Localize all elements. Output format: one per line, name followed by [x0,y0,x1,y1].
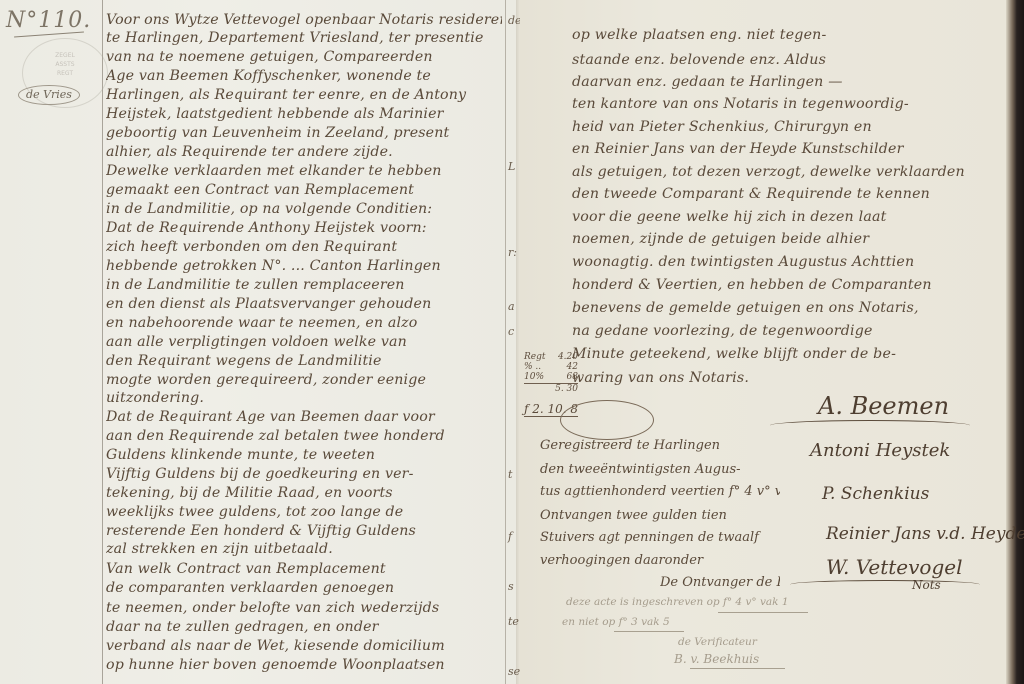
gutter-mark: se [508,665,520,678]
text-line: op hunne hier boven genoemde Woonplaatse… [106,657,502,673]
pencil-underline [690,668,785,669]
text-line: te Harlingen, Departement Vriesland, ter… [106,30,502,46]
text-line: voor die geene welke hij zich in dezen l… [572,209,992,225]
calc-label: % .. [524,362,541,372]
text-line: den Requirant wegens de Landmilitie [106,353,502,369]
text-line: na gedane voorlezing, de tegenwoordige [572,323,992,339]
gutter-mark: r: [508,246,517,259]
text-line: aan alle verpligtingen voldoen welke van [106,334,502,350]
gutter-mark: L [508,160,515,173]
text-line: mogte worden gerequireerd, zonder eenige [106,372,502,388]
calc-value: 42 [567,362,578,372]
text-line: Vijftig Guldens bij de goedkeuring en ve… [106,466,502,482]
gutter-mark: te [508,615,519,628]
text-line: uitzondering. [106,390,502,406]
stamp-text-2: ASSTS [23,60,107,69]
signature-notary: W. Vettevogel [826,555,963,579]
signature-witness-1: P. Schenkius [822,484,929,504]
text-line: gemaakt een Contract van Remplacement [106,182,502,198]
text-line: waring van ons Notaris. [572,370,992,386]
stamp-text-3: REGT [23,69,107,78]
calc-label: Regt [524,352,545,362]
reg-line: den tweeëntwintigsten Augus- [540,462,780,477]
text-line: Harlingen, als Requirant ter eenre, en d… [106,87,502,103]
pencil-underline [614,631,684,632]
text-line: en Reinier Jans van der Heyde Kunstschil… [572,141,992,157]
gutter-rule-line [505,0,506,684]
stamp-text-1: ZEGEL [23,51,107,60]
text-line: woonagtig. den twintigsten Augustus Acht… [572,254,992,270]
pencil-underline [718,612,808,613]
notary-flourish [790,580,980,589]
text-line: de comparanten verklaarden genoegen [106,580,502,596]
pencil-signature: B. v. Beekhuis [674,652,759,666]
reg-line: Stuivers agt penningen de twaalf [540,530,780,545]
signature-flourish [770,420,970,431]
gutter-mark: c [508,325,514,338]
pencil-note: deze acte is ingeschreven op f° 4 v° vak… [566,596,789,608]
text-line: van na te noemene getuigen, Compareerden [106,49,502,65]
calc-label: 10% [524,372,544,382]
text-line: te neemen, onder belofte van zich wederz… [106,600,502,616]
text-line: hebbende getrokken N°. ... Canton Harlin… [106,258,502,274]
text-line: den tweede Comparant & Requirende te ken… [572,186,992,202]
reg-line: Ontvangen twee gulden tien [540,508,780,523]
text-line: geboortig van Leuvenheim in Zeeland, pre… [106,125,502,141]
gutter-mark: t [508,468,512,481]
margin-rule-line [102,0,103,684]
folio-number: N°110. [6,8,91,33]
text-line: Age van Beemen Koffyschenker, wonende te [106,68,502,84]
text-line: en den dienst als Plaatsvervanger gehoud… [106,296,502,312]
gutter-mark: f [508,530,512,543]
calc-row: Regt 4.20 [524,352,578,362]
text-line: resterende Een honderd & Vijftig Guldens [106,523,502,539]
text-line: als getuigen, tot dezen verzogt, dewelke… [572,164,992,180]
margin-note-name: de Vries [18,85,80,105]
text-line: daarvan enz. gedaan te Harlingen — [572,74,992,90]
text-line: verband als naar de Wet, kiesende domici… [106,638,502,654]
pencil-note: de Verificateur [678,636,757,648]
text-line: alhier, als Requirende ter andere zijde. [106,144,502,160]
reg-line: Geregistreerd te Harlingen [540,438,780,453]
text-line: Dewelke verklaarden met elkander te hebb… [106,163,502,179]
calc-subtotal: 5. 30 [555,384,578,394]
document-spread: N°110. ZEGEL ASSTS REGT de Vries Voor on… [0,0,1024,684]
text-line: noemen, zijnde de getuigen beide alhier [572,231,992,247]
notary-title: Nots [912,578,941,592]
text-line: daar na te zullen gedragen, en onder [106,619,502,635]
pencil-note: en niet op f° 3 vak 5 [562,616,670,628]
text-line: Dat de Requirende Anthony Heijstek voorn… [106,220,502,236]
text-line: honderd & Veertien, en hebben de Compara… [572,277,992,293]
calc-value: 4.20 [558,352,578,362]
signature-witness-2: Reinier Jans v.d. Heyde [826,524,1024,544]
text-line: in de Landmilitie, op na volgende Condit… [106,201,502,217]
calc-row: 10% 68 [524,372,578,382]
ink-flourish-oval [560,400,654,440]
text-line: benevens de gemelde getuigen en ons Nota… [572,300,992,316]
signature-requirende: Antoni Heystek [810,440,950,461]
text-line: staande enz. belovende enz. Aldus [572,52,992,68]
text-line: aan den Requirende zal betalen twee hond… [106,428,502,444]
reg-line: verhoogingen daaronder [540,553,780,568]
reg-signature: De Ontvanger de Breeker [660,575,780,590]
text-line: zal strekken en zijn uitbetaald. [106,541,502,557]
calc-value: 68 [567,372,578,382]
text-line: heid van Pieter Schenkius, Chirurgyn en [572,119,992,135]
signature-requirant: A. Beemen [818,392,949,420]
calc-row: % .. 42 [524,362,578,372]
text-line: Dat de Requirant Age van Beemen daar voo… [106,409,502,425]
text-line: Minute geteekend, welke blijft onder de … [572,346,992,362]
text-line: Heijstek, laatstgedient hebbende als Mar… [106,106,502,122]
text-line: in de Landmilitie te zullen remplaceeren [106,277,502,293]
text-line: tekening, bij de Militie Raad, en voorts [106,485,502,501]
book-binding-edge [1006,0,1024,684]
text-line: op welke plaatsen eng. niet tegen- [572,27,992,43]
text-line: zich heeft verbonden om den Requirant [106,239,502,255]
reg-line: tus agttienhonderd veertien f° 4 v° vak … [540,484,780,499]
gutter-mark: s [508,580,514,593]
fee-calculation: Regt 4.20 % .. 42 10% 68 5. 30 [524,352,578,394]
text-line: Van welk Contract van Remplacement [106,561,502,577]
text-line: weeklijks twee guldens, tot zoo lange de [106,504,502,520]
calc-subtotal-row: 5. 30 [524,383,578,394]
text-line: Guldens klinkende munte, te weeten [106,447,502,463]
gutter-mark: a [508,300,515,313]
text-line: ten kantore van ons Notaris in tegenwoor… [572,96,992,112]
text-line: en nabehoorende waar te neemen, en alzo [106,315,502,331]
text-line: Voor ons Wytze Vettevogel openbaar Notar… [106,12,502,28]
